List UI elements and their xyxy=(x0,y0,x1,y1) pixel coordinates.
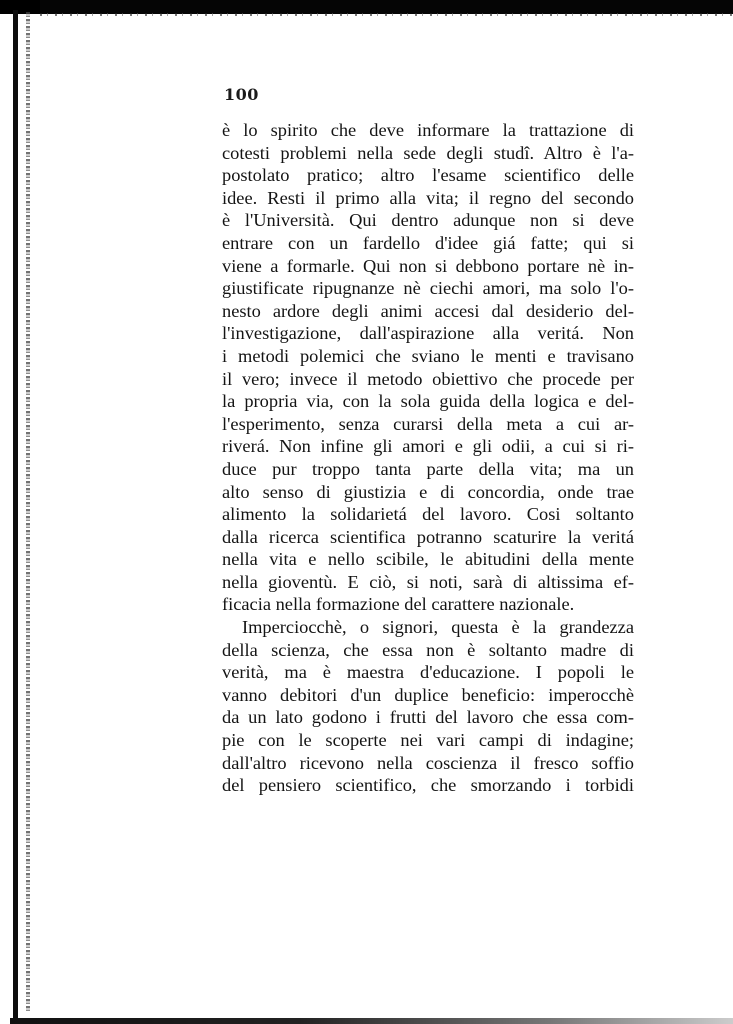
scanned-book-page: 100 è lo spirito che deve informare la t… xyxy=(0,0,733,1024)
text-line: della scienza, che essa non è soltanto m… xyxy=(222,639,634,662)
text-line: è l'Università. Qui dentro adunque non s… xyxy=(222,209,634,232)
scan-top-border xyxy=(0,0,733,14)
text-line: da un lato godono i frutti del lavoro ch… xyxy=(222,706,634,729)
page-number: 100 xyxy=(224,85,259,104)
text-line: idee. Resti il primo alla vita; il regno… xyxy=(222,187,634,210)
text-line: dalla ricerca scientifica potranno scatu… xyxy=(222,526,634,549)
book-spine-edge xyxy=(13,10,18,1018)
text-line: del pensiero scientifico, che smorzando … xyxy=(222,774,634,797)
text-line: entrare con un fardello d'idee giá fatte… xyxy=(222,232,634,255)
text-line: nella gioventù. E ciò, si noti, sarà di … xyxy=(222,571,634,594)
paragraph-1: è lo spirito che deve informare la tratt… xyxy=(222,119,634,616)
page-body-text: è lo spirito che deve informare la tratt… xyxy=(222,119,634,797)
text-line: ficacia nella formazione del carattere n… xyxy=(222,593,634,616)
text-line: duce pur troppo tanta parte della vita; … xyxy=(222,458,634,481)
text-line: nesto ardore degli animi accesi dal desi… xyxy=(222,300,634,323)
text-line: l'esperimento, senza curarsi della meta … xyxy=(222,413,634,436)
text-line: i metodi polemici che sviano le menti e … xyxy=(222,345,634,368)
text-line: alto senso di giustizia e di concordia, … xyxy=(222,481,634,504)
text-line: riverá. Non infine gli amori e gli odii,… xyxy=(222,435,634,458)
text-line: postolato pratico; altro l'esame scienti… xyxy=(222,164,634,187)
text-line: cotesti problemi nella sede degli studî.… xyxy=(222,142,634,165)
text-line: l'investigazione, dall'aspirazione alla … xyxy=(222,322,634,345)
text-line: vanno debitori d'un duplice beneficio: i… xyxy=(222,684,634,707)
text-line: Imperciocchè, o signori, questa è la gra… xyxy=(222,616,634,639)
text-line: pie con le scoperte nei vari campi di in… xyxy=(222,729,634,752)
text-line: giustificate ripugnanze nè ciechi amori,… xyxy=(222,277,634,300)
book-gutter-shadow xyxy=(26,12,30,1012)
text-line: la propria via, con la sola guida della … xyxy=(222,390,634,413)
scan-corner-mark xyxy=(0,0,40,14)
text-line: verità, ma è maestra d'educazione. I pop… xyxy=(222,661,634,684)
scan-top-border-noise xyxy=(40,13,733,16)
text-line: è lo spirito che deve informare la tratt… xyxy=(222,119,634,142)
text-line: viene a formarle. Qui non si debbono por… xyxy=(222,255,634,278)
text-line: dall'altro ricevono nella coscienza il f… xyxy=(222,752,634,775)
text-line: nella vita e nello scibile, le abitudini… xyxy=(222,548,634,571)
text-line: alimento la solidarietá del lavoro. Cosi… xyxy=(222,503,634,526)
scan-bottom-border xyxy=(10,1018,733,1024)
paragraph-2: Imperciocchè, o signori, questa è la gra… xyxy=(222,616,634,797)
text-line: il vero; invece il metodo obiettivo che … xyxy=(222,368,634,391)
